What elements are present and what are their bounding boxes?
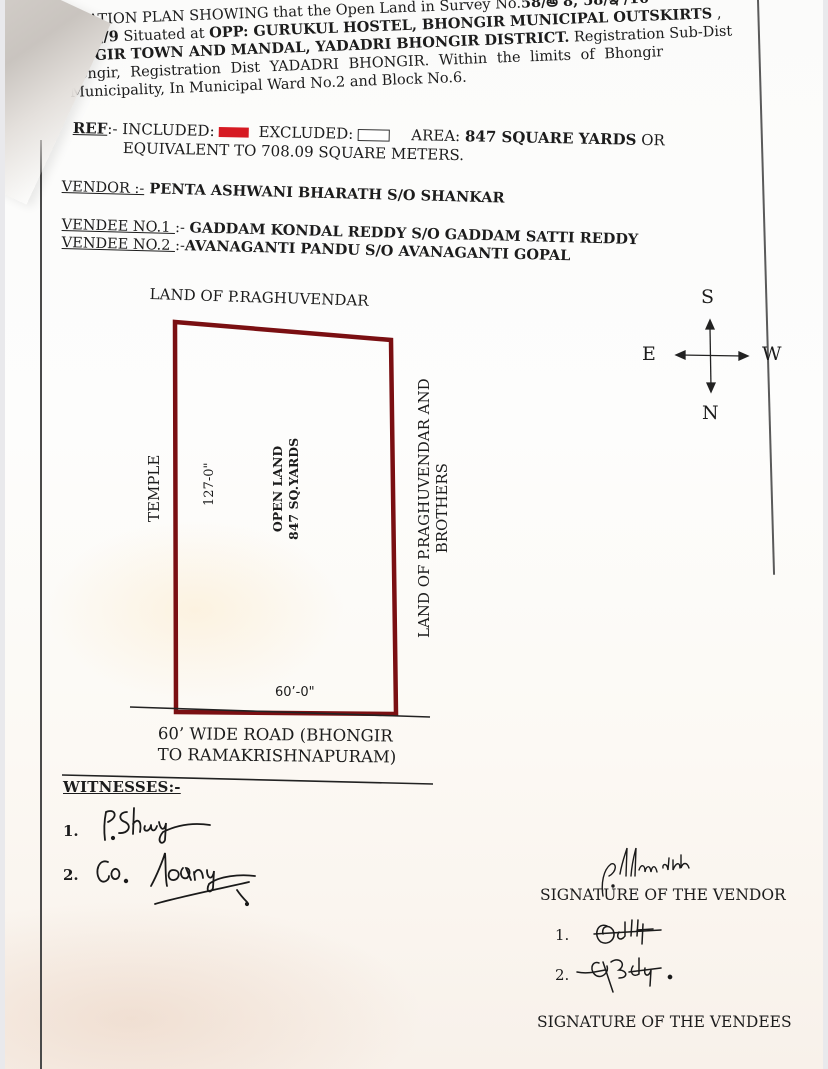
east-boundary-label: LAND OF P.RAGHUVENDAR AND BROTHERS [415,378,451,638]
witnesses-title: WITNESSES:- [63,778,181,796]
vendee-2-number: 2. [555,966,569,984]
east-boundary-line-1: LAND OF P.RAGHUVENDAR AND [415,378,433,638]
south-boundary-line-2: TO RAMAKRISHNAPURAM) [158,744,397,767]
witness-2-number: 2. [63,866,79,884]
plot-center-label: OPEN LAND 847 SQ.YARDS [270,438,302,540]
witness-2-signature [97,853,255,905]
compass-east-label: E [642,343,656,365]
vendor-signature-label: SIGNATURE OF THE VENDOR [540,886,786,904]
plot-drawing [5,0,823,1069]
plot-center-line-1: OPEN LAND [270,438,286,540]
plot-center-line-2: 847 SQ.YARDS [286,438,302,540]
witness-1-signature [104,808,210,843]
vendees-signature-label: SIGNATURE OF THE VENDEES [537,1013,792,1031]
length-dimension: 127-0" [202,463,217,506]
south-boundary-line-1: 60’ WIDE ROAD (BHONGIR [158,723,397,746]
compass-south-label: S [701,286,714,308]
west-boundary-label: TEMPLE [145,455,163,522]
compass-west-label: W [762,343,782,365]
compass-north-label: N [702,402,719,424]
south-boundary-label: 60’ WIDE ROAD (BHONGIR TO RAMAKRISHNAPUR… [158,723,397,767]
compass-icon [676,320,748,392]
vendee-1-number: 1. [555,926,569,944]
east-boundary-line-2: BROTHERS [433,378,451,638]
witness-1-number: 1. [63,822,79,840]
vendee-1-signature [594,920,661,944]
width-dimension: 60’-0" [275,685,315,700]
document-sheet: TRATION PLAN SHOWING that the Open Land … [5,0,823,1069]
vendee-2-signature [577,958,672,992]
